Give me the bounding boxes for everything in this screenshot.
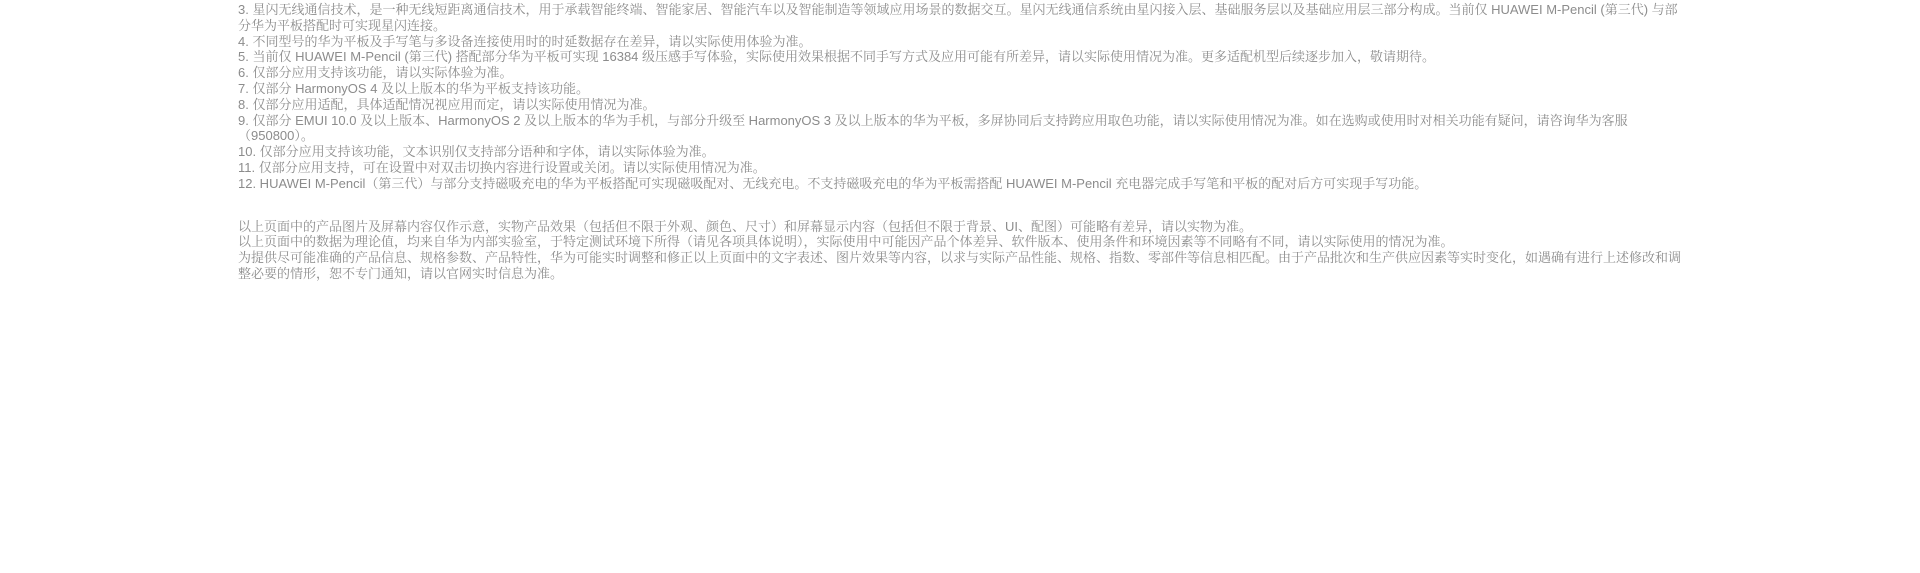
footnote-item-10: 10. 仅部分应用支持该功能，文本识别仅支持部分语种和字体，请以实际体验为准。 <box>238 144 1686 160</box>
footnote-item-3: 3. 星闪无线通信技术，是一种无线短距离通信技术，用于承载智能终端、智能家居、智… <box>238 2 1686 34</box>
disclaimer-spec-changes: 为提供尽可能准确的产品信息、规格参数、产品特性，华为可能实时调整和修正以上页面中… <box>238 250 1686 282</box>
general-disclaimers: 以上页面中的产品图片及屏幕内容仅作示意，实物产品效果（包括但不限于外观、颜色、尺… <box>238 219 1686 282</box>
product-page-footnotes-area: 3. 星闪无线通信技术，是一种无线短距离通信技术，用于承载智能终端、智能家居、智… <box>0 0 1920 573</box>
footnote-item-12: 12. HUAWEI M-Pencil（第三代）与部分支持磁吸充电的华为平板搭配… <box>238 176 1686 192</box>
footnote-item-6: 6. 仅部分应用支持该功能，请以实际体验为准。 <box>238 65 1686 81</box>
footnote-item-9: 9. 仅部分 EMUI 10.0 及以上版本、HarmonyOS 2 及以上版本… <box>238 113 1686 145</box>
disclaimer-product-appearance: 以上页面中的产品图片及屏幕内容仅作示意，实物产品效果（包括但不限于外观、颜色、尺… <box>238 219 1686 235</box>
footnote-list: 3. 星闪无线通信技术，是一种无线短距离通信技术，用于承载智能终端、智能家居、智… <box>238 2 1686 192</box>
disclaimer-lab-data: 以上页面中的数据为理论值，均来自华为内部实验室，于特定测试环境下所得（请见各项具… <box>238 234 1686 250</box>
footnote-item-4: 4. 不同型号的华为平板及手写笔与多设备连接使用时的时延数据存在差异，请以实际使… <box>238 34 1686 50</box>
footnote-item-11: 11. 仅部分应用支持，可在设置中对双击切换内容进行设置或关闭。请以实际使用情况… <box>238 160 1686 176</box>
footnote-item-8: 8. 仅部分应用适配，具体适配情况视应用而定，请以实际使用情况为准。 <box>238 97 1686 113</box>
footnote-item-7: 7. 仅部分 HarmonyOS 4 及以上版本的华为平板支持该功能。 <box>238 81 1686 97</box>
footnote-item-5: 5. 当前仅 HUAWEI M-Pencil (第三代) 搭配部分华为平板可实现… <box>238 49 1686 65</box>
footnotes-section: 3. 星闪无线通信技术，是一种无线短距离通信技术，用于承载智能终端、智能家居、智… <box>238 2 1686 282</box>
